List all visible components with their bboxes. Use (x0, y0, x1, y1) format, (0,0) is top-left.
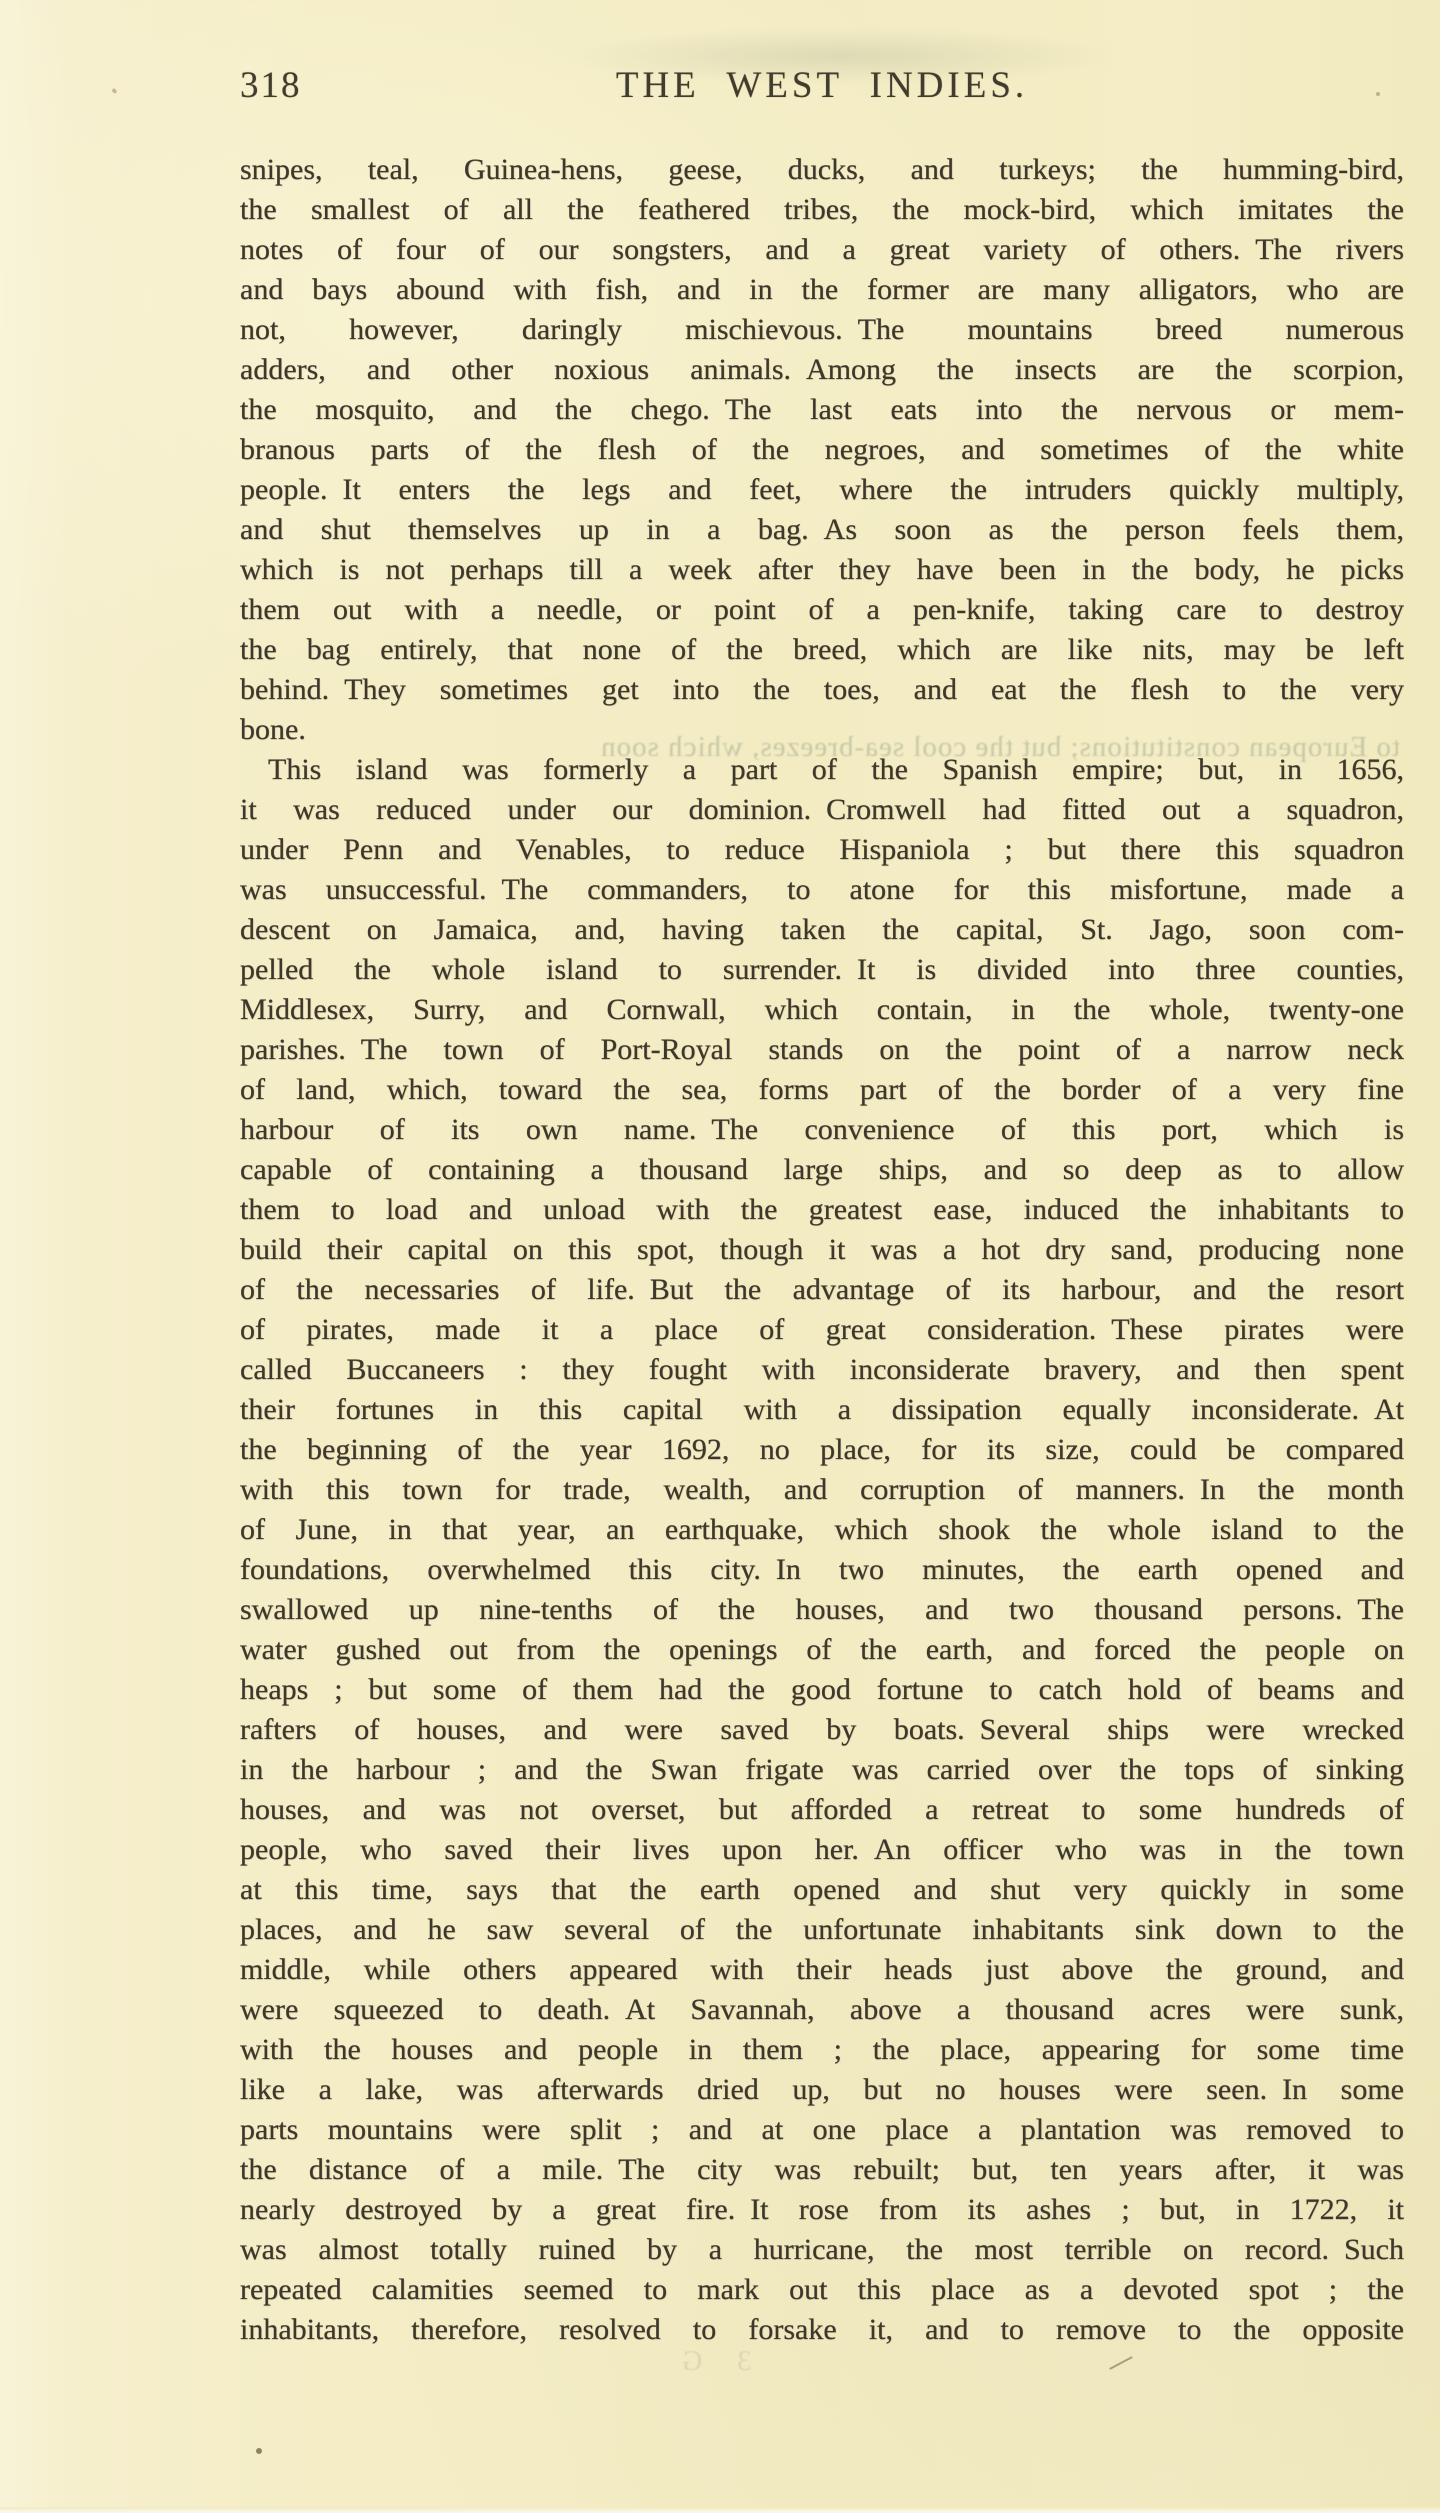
text-line: of land, which, toward the sea, forms pa… (240, 1070, 1404, 1110)
text-line: and shut themselves up in a bag. As soon… (240, 510, 1404, 550)
text-line: called Buccaneers : they fought with inc… (240, 1350, 1404, 1390)
text-line: was almost totally ruined by a hurricane… (240, 2230, 1404, 2270)
text-line: places, and he saw several of the unfort… (240, 1910, 1404, 1950)
text-line: them out with a needle, or point of a pe… (240, 590, 1404, 630)
text-line: the mosquito, and the chego. The last ea… (240, 390, 1404, 430)
text-line: rafters of houses, and were saved by boa… (240, 1710, 1404, 1750)
text-line: of June, in that year, an earthquake, wh… (240, 1510, 1404, 1550)
page-body: snipes, teal, Guinea-hens, geese, ducks,… (240, 150, 1404, 2350)
text-line: of the necessaries of life. But the adva… (240, 1270, 1404, 1310)
text-line: heaps ; but some of them had the good fo… (240, 1670, 1404, 1710)
text-line: like a lake, was afterwards dried up, bu… (240, 2070, 1404, 2110)
text-line: and bays abound with fish, and in the fo… (240, 270, 1404, 310)
paper-speck (1376, 92, 1380, 96)
text-line: people. It enters the legs and feet, whe… (240, 470, 1404, 510)
text-line: their fortunes in this capital with a di… (240, 1390, 1404, 1430)
text-line: parishes. The town of Port-Royal stands … (240, 1030, 1404, 1070)
text-line: capable of containing a thousand large s… (240, 1150, 1404, 1190)
text-line: them to load and unload with the greates… (240, 1190, 1404, 1230)
text-line: with the houses and people in them ; the… (240, 2030, 1404, 2070)
text-line: behind. They sometimes get into the toes… (240, 670, 1404, 710)
text-line: the distance of a mile. The city was reb… (240, 2150, 1404, 2190)
text-line: under Penn and Venables, to reduce Hispa… (240, 830, 1404, 870)
text-line: foundations, overwhelmed this city. In t… (240, 1550, 1404, 1590)
text-line: not, however, daringly mischievous. The … (240, 310, 1404, 350)
page-title: THE WEST INDIES. (240, 64, 1404, 107)
text-line: people, who saved their lives upon her. … (240, 1830, 1404, 1870)
text-line: descent on Jamaica, and, having taken th… (240, 910, 1404, 950)
reverse-page-bleedthrough-text: to European constitutions; but the cool … (300, 731, 1400, 764)
text-line: adders, and other noxious animals. Among… (240, 350, 1404, 390)
text-line: inhabitants, therefore, resolved to fors… (240, 2310, 1404, 2350)
text-line: which is not perhaps till a week after t… (240, 550, 1404, 590)
text-line: build their capital on this spot, though… (240, 1230, 1404, 1270)
text-line: swallowed up nine-tenths of the houses, … (240, 1590, 1404, 1630)
text-line: the bag entirely, that none of the breed… (240, 630, 1404, 670)
paper-scratch (1109, 2356, 1133, 2370)
text-line: with this town for trade, wealth, and co… (240, 1470, 1404, 1510)
text-line: parts mountains were split ; and at one … (240, 2110, 1404, 2150)
text-line: in the harbour ; and the Swan frigate wa… (240, 1750, 1404, 1790)
page-header: 318 THE WEST INDIES. (0, 0, 1440, 120)
text-line: houses, and was not overset, but afforde… (240, 1790, 1404, 1830)
text-line: middle, while others appeared with their… (240, 1950, 1404, 1990)
text-line: pelled the whole island to surrender. It… (240, 950, 1404, 990)
text-line: water gushed out from the openings of th… (240, 1630, 1404, 1670)
signature-mark-bleedthrough: 3 G (668, 2346, 751, 2378)
text-line: snipes, teal, Guinea-hens, geese, ducks,… (240, 150, 1404, 190)
text-line: the smallest of all the feathered tribes… (240, 190, 1404, 230)
text-line: notes of four of our songsters, and a gr… (240, 230, 1404, 270)
text-line: it was reduced under our dominion. Cromw… (240, 790, 1404, 830)
text-line: of pirates, made it a place of great con… (240, 1310, 1404, 1350)
text-line: Middlesex, Surry, and Cornwall, which co… (240, 990, 1404, 1030)
text-line: was unsuccessful. The commanders, to ato… (240, 870, 1404, 910)
paper-speck (256, 2448, 262, 2454)
text-line: were squeezed to death. At Savannah, abo… (240, 1990, 1404, 2030)
text-line: the beginning of the year 1692, no place… (240, 1430, 1404, 1470)
text-line: harbour of its own name. The convenience… (240, 1110, 1404, 1150)
text-line: repeated calamities seemed to mark out t… (240, 2270, 1404, 2310)
text-line: nearly destroyed by a great fire. It ros… (240, 2190, 1404, 2230)
text-line: branous parts of the flesh of the negroe… (240, 430, 1404, 470)
scanned-book-page: 318 THE WEST INDIES. snipes, teal, Guine… (0, 0, 1440, 2513)
text-line: at this time, says that the earth opened… (240, 1870, 1404, 1910)
